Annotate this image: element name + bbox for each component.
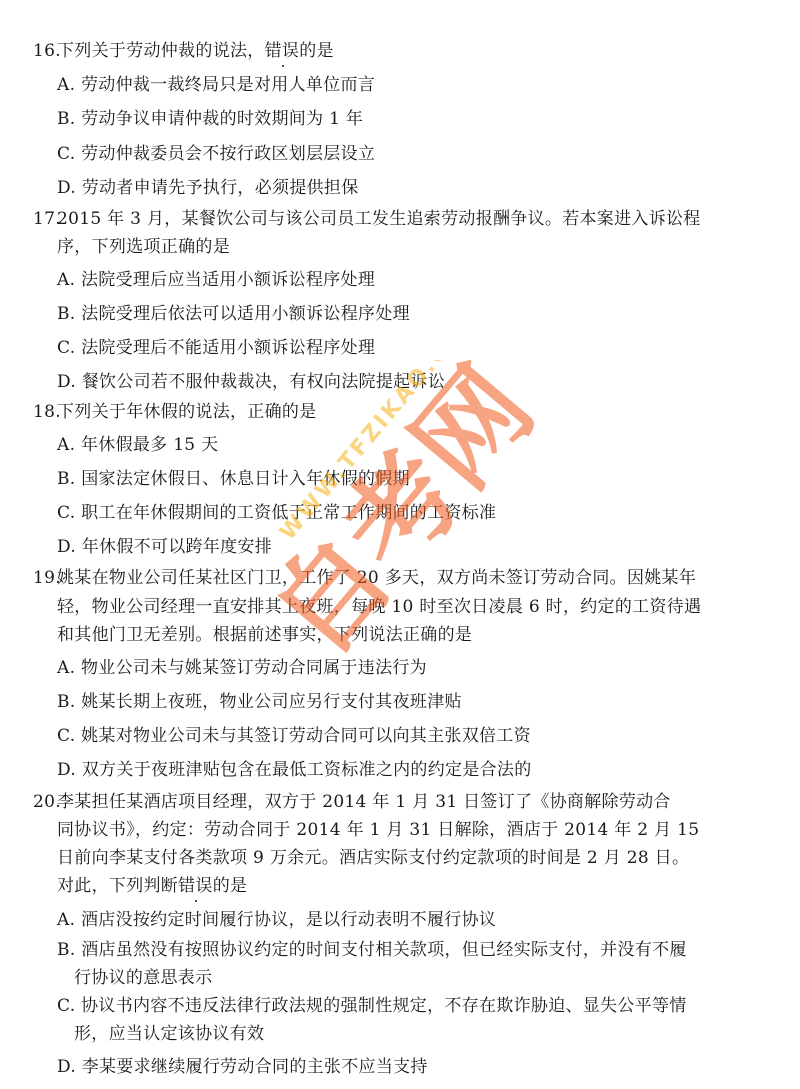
question-stem-cont: 序，下列选项正确的是 — [57, 236, 230, 258]
option-b: B. 姚某长期上夜班，物业公司应另行支付其夜班津贴 — [57, 691, 462, 713]
question-stem: 下列关于年休假的说法，正确的是 — [57, 401, 317, 423]
emphasis-mark: 错误 — [265, 41, 300, 61]
option-c: C. 姚某对物业公司未与其签订劳动合同可以向其主张双倍工资 — [57, 725, 531, 747]
option-a: A. 酒店没按约定时间履行协议，是以行动表明不履行协议 — [57, 909, 496, 931]
option-b: B. 法院受理后依法可以适用小额诉讼程序处理 — [57, 303, 410, 325]
option-a: A. 年休假最多 15 天 — [57, 434, 218, 456]
option-c: C. 法院受理后不能适用小额诉讼程序处理 — [57, 337, 375, 359]
option-a: A. 法院受理后应当适用小额诉讼程序处理 — [57, 269, 375, 291]
option-d: D. 劳动者申请先予执行，必须提供担保 — [57, 177, 359, 199]
option-c: C. 职工在年休假期间的工资低于正常工作期间的工资标准 — [57, 502, 496, 524]
emphasis-mark: 错误 — [178, 876, 213, 896]
option-b: B. 劳动争议申请仲裁的时效期间为 1 年 — [57, 108, 363, 130]
exam-page: 16. 下列关于劳动仲裁的说法，错误的是 A. 劳动仲裁一裁终局只是对用人单位而… — [0, 0, 800, 1089]
option-c: C. 协议书内容不违反法律行政法规的强制性规定，不存在欺诈胁迫、显失公平等情 — [57, 995, 687, 1017]
question-stem-cont: 对此，下列判断错误的是 — [57, 875, 247, 897]
question-stem: 下列关于劳动仲裁的说法，错误的是 — [57, 40, 334, 62]
option-d: D. 李某要求继续履行劳动合同的主张不应当支持 — [57, 1056, 428, 1078]
option-d: D. 年休假不可以跨年度安排 — [57, 536, 272, 558]
question-stem: 2015 年 3 月，某餐饮公司与该公司员工发生追索劳动报酬争议。若本案进入诉讼… — [57, 208, 701, 230]
option-c-cont: 形，应当认定该协议有效 — [74, 1023, 264, 1045]
question-stem-cont: 日前向李某支付各类款项 9 万余元。酒店实际支付约定款项的时间是 2 月 28 … — [57, 847, 689, 869]
question-stem: 李某担任某酒店项目经理，双方于 2014 年 1 月 31 日签订了《协商解除劳… — [57, 791, 671, 813]
question-stem-cont: 同协议书》，约定：劳动合同于 2014 年 1 月 31 日解除，酒店于 201… — [57, 819, 699, 841]
option-d: D. 餐饮公司若不服仲裁裁决，有权向法院提起诉讼 — [57, 371, 445, 393]
option-b: B. 酒店虽然没有按照协议约定的时间支付相关款项，但已经实际支付，并没有不履 — [57, 939, 687, 961]
option-b: B. 国家法定休假日、休息日计入年休假的假期 — [57, 468, 410, 490]
question-stem-cont: 和其他门卫无差别。根据前述事实，下列说法正确的是 — [57, 624, 472, 646]
option-b-cont: 行协议的意思表示 — [74, 967, 212, 989]
option-c: C. 劳动仲裁委员会不按行政区划层层设立 — [57, 143, 375, 165]
option-d: D. 双方关于夜班津贴包含在最低工资标准之内的约定是合法的 — [57, 759, 532, 781]
option-a: A. 物业公司未与姚某签订劳动合同属于违法行为 — [57, 657, 427, 679]
option-a: A. 劳动仲裁一裁终局只是对用人单位而言 — [57, 74, 375, 96]
question-stem: 姚某在物业公司任某社区门卫，工作了 20 多天，双方尚未签订劳动合同。因姚某年 — [57, 567, 696, 589]
question-stem-cont: 轻，物业公司经理一直安排其上夜班，每晚 10 时至次日凌晨 6 时，约定的工资待… — [57, 596, 701, 618]
